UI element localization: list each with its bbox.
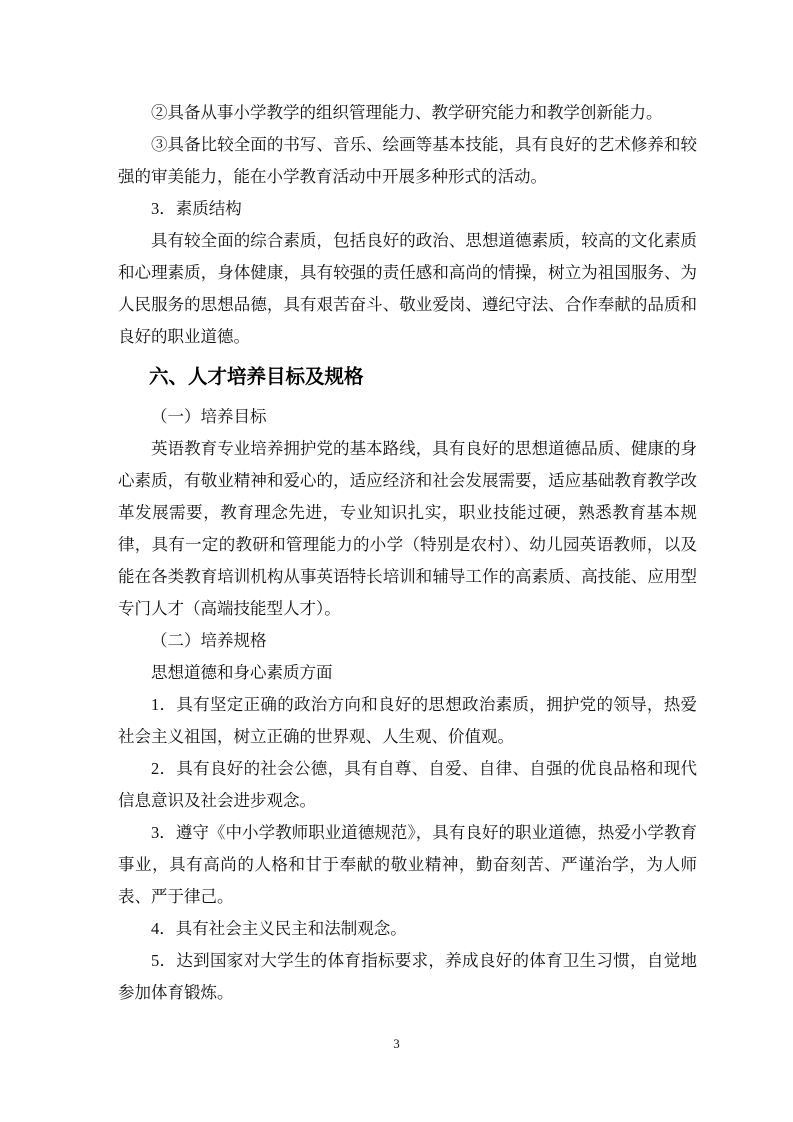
document-page: ②具备从事小学教学的组织管理能力、教学研究能力和教学创新能力。 ③具备比较全面的… (0, 0, 793, 1122)
paragraph-suzhi-description: 具有较全面的综合素质，包括良好的政治、思想道德素质，较高的文化素质和心理素质，身… (118, 225, 697, 353)
paragraph-item-circle2: ②具备从事小学教学的组织管理能力、教学研究能力和教学创新能力。 (118, 97, 697, 129)
section-heading-six: 六、人才培养目标及规格 (118, 353, 697, 401)
list-item-5: 5．达到国家对大学生的体育指标要求，养成良好的体育卫生习惯，自觉地参加体育锻炼。 (118, 945, 697, 1009)
list-item-1: 1．具有坚定正确的政治方向和良好的思想政治素质，拥护党的领导，热爱社会主义祖国，… (118, 689, 697, 753)
paragraph-subheading-suzhi-jiegou: 3．素质结构 (118, 193, 697, 225)
subheading-sixiang-daode: 思想道德和身心素质方面 (118, 657, 697, 689)
paragraph-item-circle3: ③具备比较全面的书写、音乐、绘画等基本技能，具有良好的艺术修养和较强的审美能力，… (118, 129, 697, 193)
paragraph-peiyang-mubiao-body: 英语教育专业培养拥护党的基本路线，具有良好的思想道德品质、健康的身心素质，有敬业… (118, 433, 697, 625)
list-item-3: 3．遵守《中小学教师职业道德规范》，具有良好的职业道德，热爱小学教育事业，具有高… (118, 817, 697, 913)
list-item-4: 4．具有社会主义民主和法制观念。 (118, 913, 697, 945)
list-item-2: 2．具有良好的社会公德，具有自尊、自爱、自律、自强的优良品格和现代信息意识及社会… (118, 753, 697, 817)
page-number: 3 (0, 1036, 793, 1052)
subsection-heading-peiyang-guige: （二）培养规格 (118, 625, 697, 657)
subsection-heading-peiyang-mubiao: （一）培养目标 (118, 401, 697, 433)
document-body: ②具备从事小学教学的组织管理能力、教学研究能力和教学创新能力。 ③具备比较全面的… (118, 97, 697, 1009)
